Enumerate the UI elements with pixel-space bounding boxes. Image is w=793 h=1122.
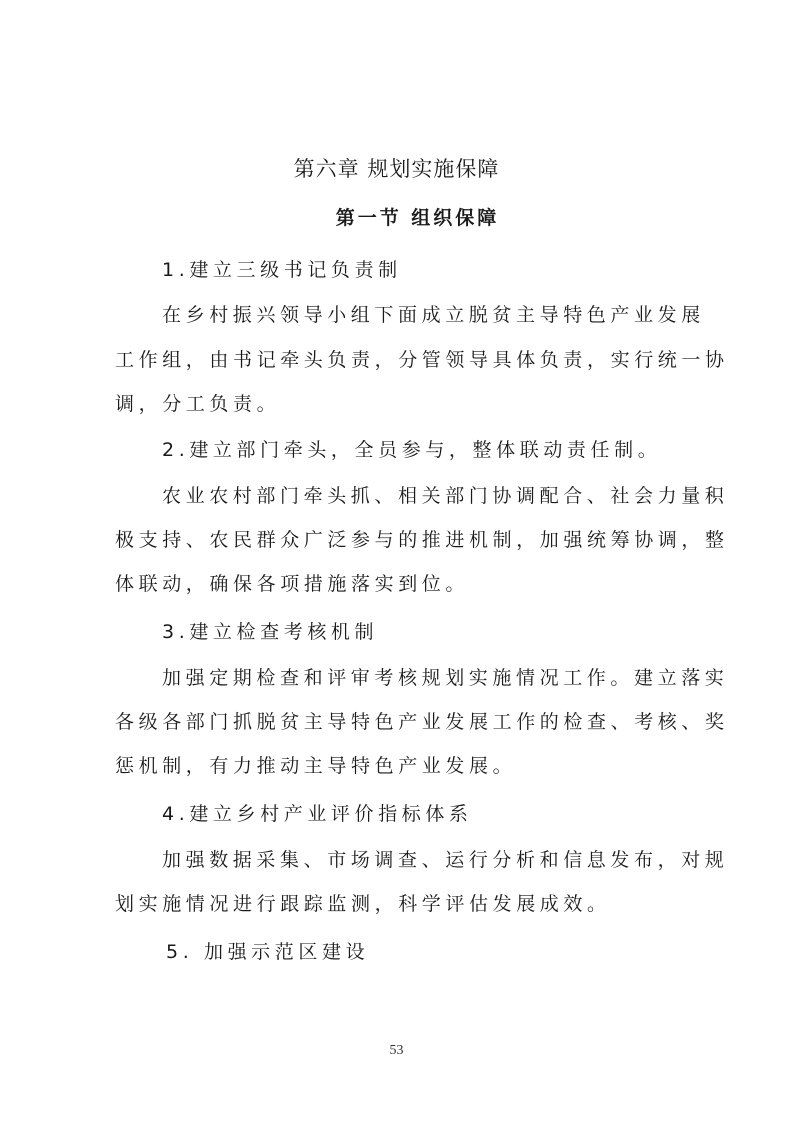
item-heading-2: 2.建立部门牵头，全员参与，整体联动责任制。: [162, 438, 661, 462]
page-number: 53: [0, 1043, 793, 1059]
paragraph-line: 在乡村振兴领导小组下面成立脱贫主导特色产业发展: [162, 303, 705, 327]
item-heading-3: 3.建立检查考核机制: [162, 620, 378, 644]
paragraph-line: 划实施情况进行跟踪监测，科学评估发展成效。: [115, 892, 611, 916]
paragraph-line: 工作组，由书记牵头负责，分管领导具体负责，实行统一协: [115, 348, 729, 372]
paragraph-line: 体联动，确保各项措施落实到位。: [115, 572, 469, 596]
item-heading-5: 5. 加强示范区建设: [166, 940, 369, 964]
chapter-title: 第六章 规划实施保障: [0, 155, 793, 183]
item-heading-4: 4.建立乡村产业评价指标体系: [162, 802, 473, 826]
paragraph-line: 加强定期检查和评审考核规划实施情况工作。建立落实: [162, 666, 728, 690]
paragraph-line: 惩机制，有力推动主导特色产业发展。: [115, 754, 516, 778]
paragraph-line: 加强数据采集、市场调查、运行分析和信息发布，对规: [162, 848, 728, 872]
paragraph-line: 调，分工负责。: [115, 392, 280, 416]
document-page: 第六章 规划实施保障 第一节 组织保障 1.建立三级书记负责制 在乡村振兴领导小…: [0, 0, 793, 1122]
paragraph-line: 农业农村部门牵头抓、相关部门协调配合、社会力量积: [162, 484, 728, 508]
item-heading-1: 1.建立三级书记负责制: [162, 258, 402, 282]
paragraph-line: 极支持、农民群众广泛参与的推进机制，加强统筹协调，整: [115, 528, 729, 552]
paragraph-line: 各级各部门抓脱贫主导特色产业发展工作的检查、考核、奖: [115, 710, 729, 734]
section-title: 第一节 组织保障: [0, 205, 793, 231]
